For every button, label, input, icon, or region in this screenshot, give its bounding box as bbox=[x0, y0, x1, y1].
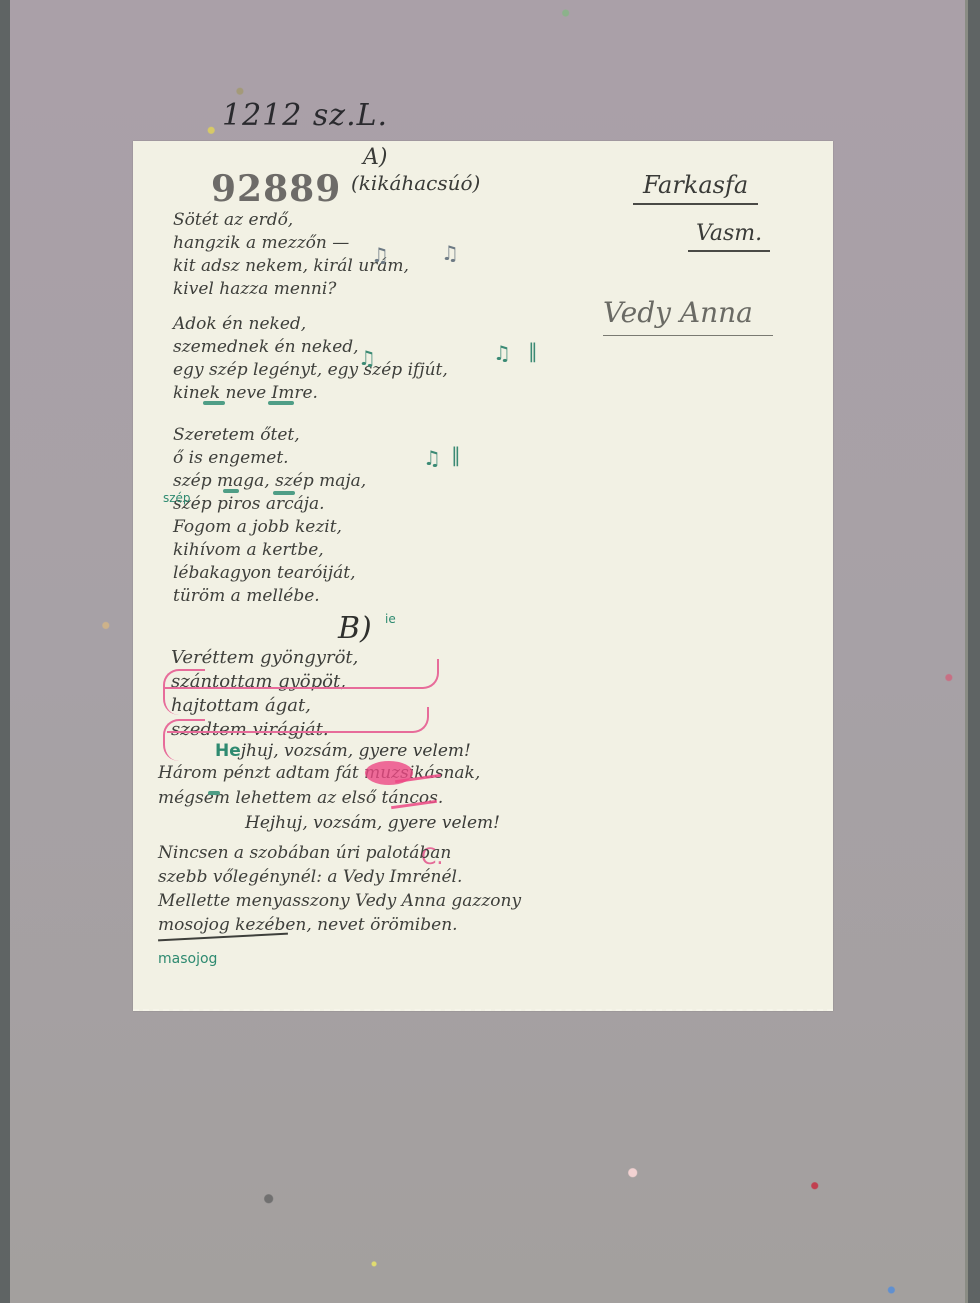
place-name: Farkasfa bbox=[633, 171, 758, 205]
stanza-line: lébakagyon tearóiját, bbox=[173, 562, 356, 585]
board-edge bbox=[965, 0, 968, 1303]
margin-note-szep: szép bbox=[163, 491, 191, 505]
stanza-line: kinek neve Imre. bbox=[173, 382, 448, 405]
section-a-header: A) (kikáhacsúó) bbox=[351, 171, 480, 195]
stanza-line: ő is engemet. bbox=[173, 447, 366, 470]
music-note-icon: ♫ bbox=[423, 446, 441, 470]
stanza-line: szebb vőlegénynél: a Vedy Imrénél. bbox=[158, 865, 521, 889]
manuscript-sheet: 92889 A) (kikáhacsúó) Farkasfa Vasm. Ved… bbox=[133, 141, 833, 1011]
music-note-icon: ♫ bbox=[441, 241, 459, 265]
singer-name: Vedy Anna bbox=[603, 296, 773, 336]
section-a-letter: A) bbox=[363, 145, 387, 170]
stanza-line: mégsem lehettem az első táncos. bbox=[158, 786, 480, 811]
stanza-line: türöm a mellébe. bbox=[173, 585, 356, 608]
double-bar-icon: ∥ bbox=[528, 339, 538, 363]
section-b-letter: B) bbox=[338, 611, 372, 646]
stanza-line: Szeretem őtet, bbox=[173, 424, 366, 447]
section-b-stanza-2: Három pénzt adtam fát muzsikásnak, mégse… bbox=[158, 761, 480, 811]
stanza-line: kivel hazza menni? bbox=[173, 278, 409, 301]
music-note-icon: ♫ bbox=[493, 341, 511, 365]
double-bar-icon: ∥ bbox=[451, 443, 461, 467]
stanza-line: Nincsen a szobában úri palotában bbox=[158, 841, 521, 865]
stanza-3: Szeretem őtet, ő is engemet. szép maga, … bbox=[173, 424, 366, 516]
stanza-line: egy szép legényt, egy szép ifjút, bbox=[173, 359, 448, 382]
stanza-line: szép maga, szép maja, bbox=[173, 470, 366, 493]
section-a-subtitle: (kikáhacsúó) bbox=[351, 171, 480, 195]
stanza-line: Mellette menyasszony Vedy Anna gazzony bbox=[158, 889, 521, 913]
stanza-line: Adok én neked, bbox=[173, 313, 448, 336]
stanza-line: kit adsz nekem, királ urám, bbox=[173, 255, 409, 278]
county-name: Vasm. bbox=[688, 221, 770, 252]
refrain-2: Hejhuj, vozsám, gyere velem! bbox=[245, 813, 500, 833]
refrain-1: Hejhuj, vozsám, gyere velem! bbox=[215, 741, 471, 761]
stanza-2: Adok én neked, szemednek én neked, egy s… bbox=[173, 313, 448, 405]
section-c-stanza: Nincsen a szobában úri palotában szebb v… bbox=[158, 841, 521, 937]
refrain-text: jhuj, vozsám, gyere velem! bbox=[241, 741, 471, 761]
stanza-line: mosojog kezében, nevet örömiben. bbox=[158, 913, 521, 937]
section-b-ie-note: ie bbox=[385, 612, 396, 626]
stanza-line: kihívom a kertbe, bbox=[173, 539, 356, 562]
stanza-line: Sötét az erdő, bbox=[173, 209, 409, 232]
stanza-1: Sötét az erdő, hangzik a mezzőn — kit ad… bbox=[173, 209, 409, 301]
stanza-line: hangzik a mezzőn — bbox=[173, 232, 409, 255]
stanza-line: szép piros arcája. bbox=[173, 493, 366, 516]
stanza-line: szemednek én neked, bbox=[173, 336, 448, 359]
stanza-line: hajtottam ágat, bbox=[171, 694, 358, 718]
section-b-stanza: Veréttem gyöngyröt, szántottam gyöpöt, h… bbox=[171, 646, 358, 742]
stamp-number: 92889 bbox=[211, 168, 341, 210]
refrain-prefix: He bbox=[215, 741, 241, 761]
stanza-line: szántottam gyöpöt, bbox=[171, 670, 358, 694]
catalog-number: 1212 sz.L. bbox=[222, 98, 388, 133]
stanza-line: Veréttem gyöngyröt, bbox=[171, 646, 358, 670]
stanza-4: Fogom a jobb kezit, kihívom a kertbe, lé… bbox=[173, 516, 356, 608]
stanza-line: Fogom a jobb kezit, bbox=[173, 516, 356, 539]
margin-note-masojog: masojog bbox=[158, 951, 217, 967]
stanza-line: szedtem virágját. bbox=[171, 718, 358, 742]
stanza-line: Három pénzt adtam fát muzsikásnak, bbox=[158, 761, 480, 786]
